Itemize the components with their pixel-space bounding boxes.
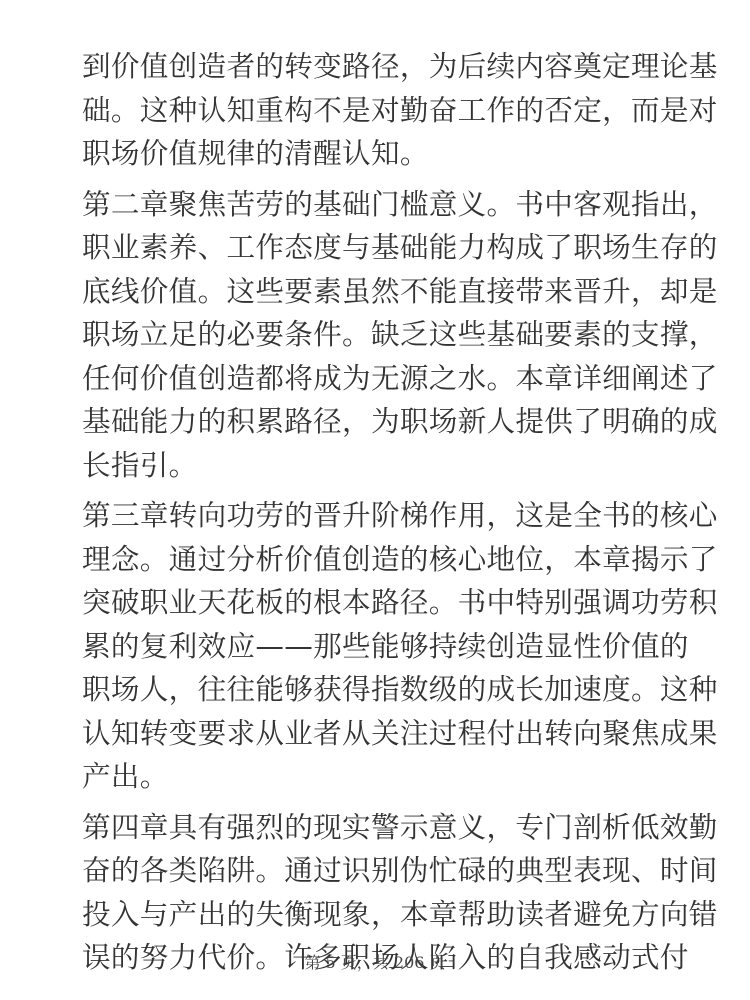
text-line: 基础能力的积累路径，为职场新人提供了明确的成 bbox=[82, 400, 672, 444]
text-line: 任何价值创造都将成为无源之水。本章详细阐述了 bbox=[82, 357, 672, 401]
text-line: 第四章具有强烈的现实警示意义，专门剖析低效勤 bbox=[82, 806, 672, 850]
text-line: 职场立足的必要条件。缺乏这些基础要素的支撑， bbox=[82, 313, 672, 357]
document-body: 到价值创造者的转变路径，为后续内容奠定理论基 础。这种认知重构不是对勤奋工作的否… bbox=[82, 45, 672, 987]
paragraph-chapter-intro-end: 到价值创造者的转变路径，为后续内容奠定理论基 础。这种认知重构不是对勤奋工作的否… bbox=[82, 45, 672, 176]
paragraph-chapter-2: 第二章聚焦苦劳的基础门槛意义。书中客观指出， 职业素养、工作态度与基础能力构成了… bbox=[82, 183, 672, 488]
text-line: 奋的各类陷阱。通过识别伪忙碌的典型表现、时间 bbox=[82, 849, 672, 893]
text-line: 认知转变要求从业者从关注过程付出转向聚焦成果 bbox=[82, 712, 672, 756]
text-line: 到价值创造者的转变路径，为后续内容奠定理论基 bbox=[82, 45, 672, 89]
text-line: 职业素养、工作态度与基础能力构成了职场生存的 bbox=[82, 226, 672, 270]
text-line: 长指引。 bbox=[82, 444, 672, 488]
text-line: 第二章聚焦苦劳的基础门槛意义。书中客观指出， bbox=[82, 183, 672, 227]
text-line: 产出。 bbox=[82, 755, 672, 799]
text-line: 础。这种认知重构不是对勤奋工作的否定，而是对 bbox=[82, 89, 672, 133]
text-line: 理念。通过分析价值创造的核心地位，本章揭示了 bbox=[82, 538, 672, 582]
text-line: 投入与产出的失衡现象，本章帮助读者避免方向错 bbox=[82, 893, 672, 937]
text-line: 累的复利效应——那些能够持续创造显性价值的 bbox=[82, 625, 672, 669]
text-line: 第三章转向功劳的晋升阶梯作用，这是全书的核心 bbox=[82, 494, 672, 538]
text-line: 职场人，往往能够获得指数级的成长加速度。这种 bbox=[82, 668, 672, 712]
paragraph-chapter-3: 第三章转向功劳的晋升阶梯作用，这是全书的核心 理念。通过分析价值创造的核心地位，… bbox=[82, 494, 672, 799]
text-line: 突破职业天花板的根本路径。书中特别强调功劳积 bbox=[82, 581, 672, 625]
text-line: 职场价值规律的清醒认知。 bbox=[82, 132, 672, 176]
page-number-footer: 第 5 页，共 206 页 bbox=[0, 950, 750, 973]
text-line: 底线价值。这些要素虽然不能直接带来晋升，却是 bbox=[82, 270, 672, 314]
